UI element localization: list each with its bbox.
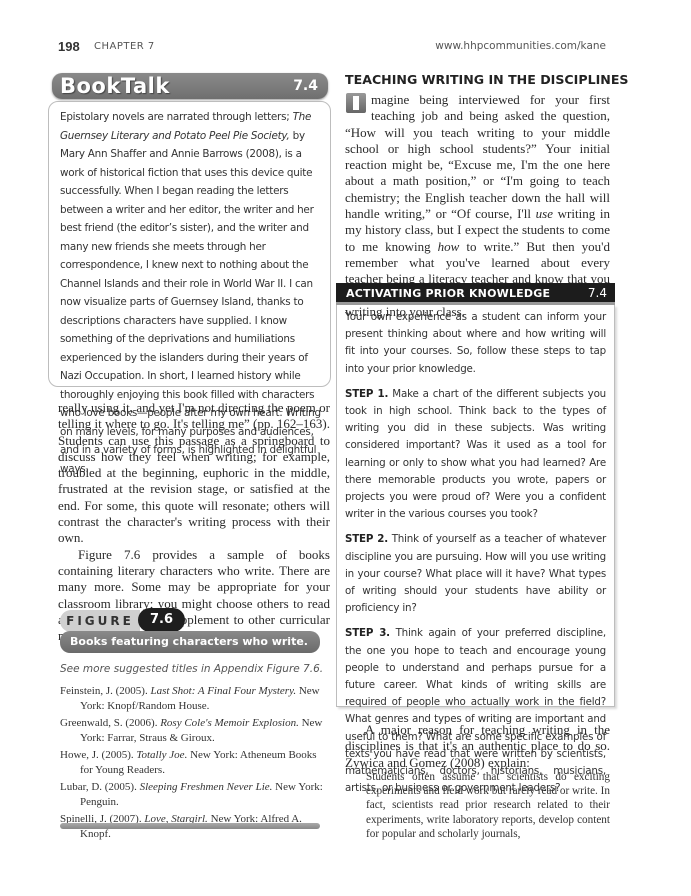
step-1: STEP 1. Make a chart of the different su… [345,386,606,524]
block-quote: Students often assume that scientists do… [366,770,610,841]
paragraph: really using it, and yet I'm not directi… [58,400,330,547]
booktalk-title: BookTalk [60,73,170,99]
activating-intro: Your own experience as a student can inf… [345,309,606,378]
after-paragraph: A major reason for teaching writing in t… [345,722,610,771]
booktalk-header: BookTalk 7.4 [52,73,328,99]
reference-item: Howe, J. (2005). Totally Joe. New York: … [60,748,324,778]
figure-caption: Books featuring characters who write. [60,631,320,653]
section-title: TEACHING WRITING IN THE DISCIPLINES [345,72,629,87]
reference-item: Feinstein, J. (2005). Last Shot: A Final… [60,684,324,714]
figure-note: See more suggested titles in Appendix Fi… [60,663,323,675]
booktalk-box: Epistolary novels are narrated through l… [48,101,331,387]
reference-list: Feinstein, J. (2005). Last Shot: A Final… [60,684,324,844]
activating-title: ACTIVATING PRIOR KNOWLEDGE [346,283,550,304]
figure-bottom-bar [60,823,320,829]
step-2: STEP 2. Think of yourself as a teacher o… [345,531,606,617]
reference-item: Greenwald, S. (2006). Rosy Cole's Memoir… [60,716,324,746]
website-url: www.hhpcommunities.com/kane [435,40,606,52]
booktalk-number: 7.4 [293,73,318,99]
activating-header: ACTIVATING PRIOR KNOWLEDGE 7.4 [336,283,615,305]
page-number: 198 [58,39,80,54]
activating-box: Your own experience as a student can inf… [336,305,615,707]
activating-number: 7.4 [588,283,607,304]
figure-label: FIGURE [60,610,140,632]
figure-number: 7.6 [138,608,185,632]
reference-item: Lubar, D. (2005). Sleeping Freshmen Neve… [60,780,324,810]
chapter-label: CHAPTER 7 [94,41,155,52]
left-body-text: really using it, and yet I'm not directi… [58,400,330,644]
